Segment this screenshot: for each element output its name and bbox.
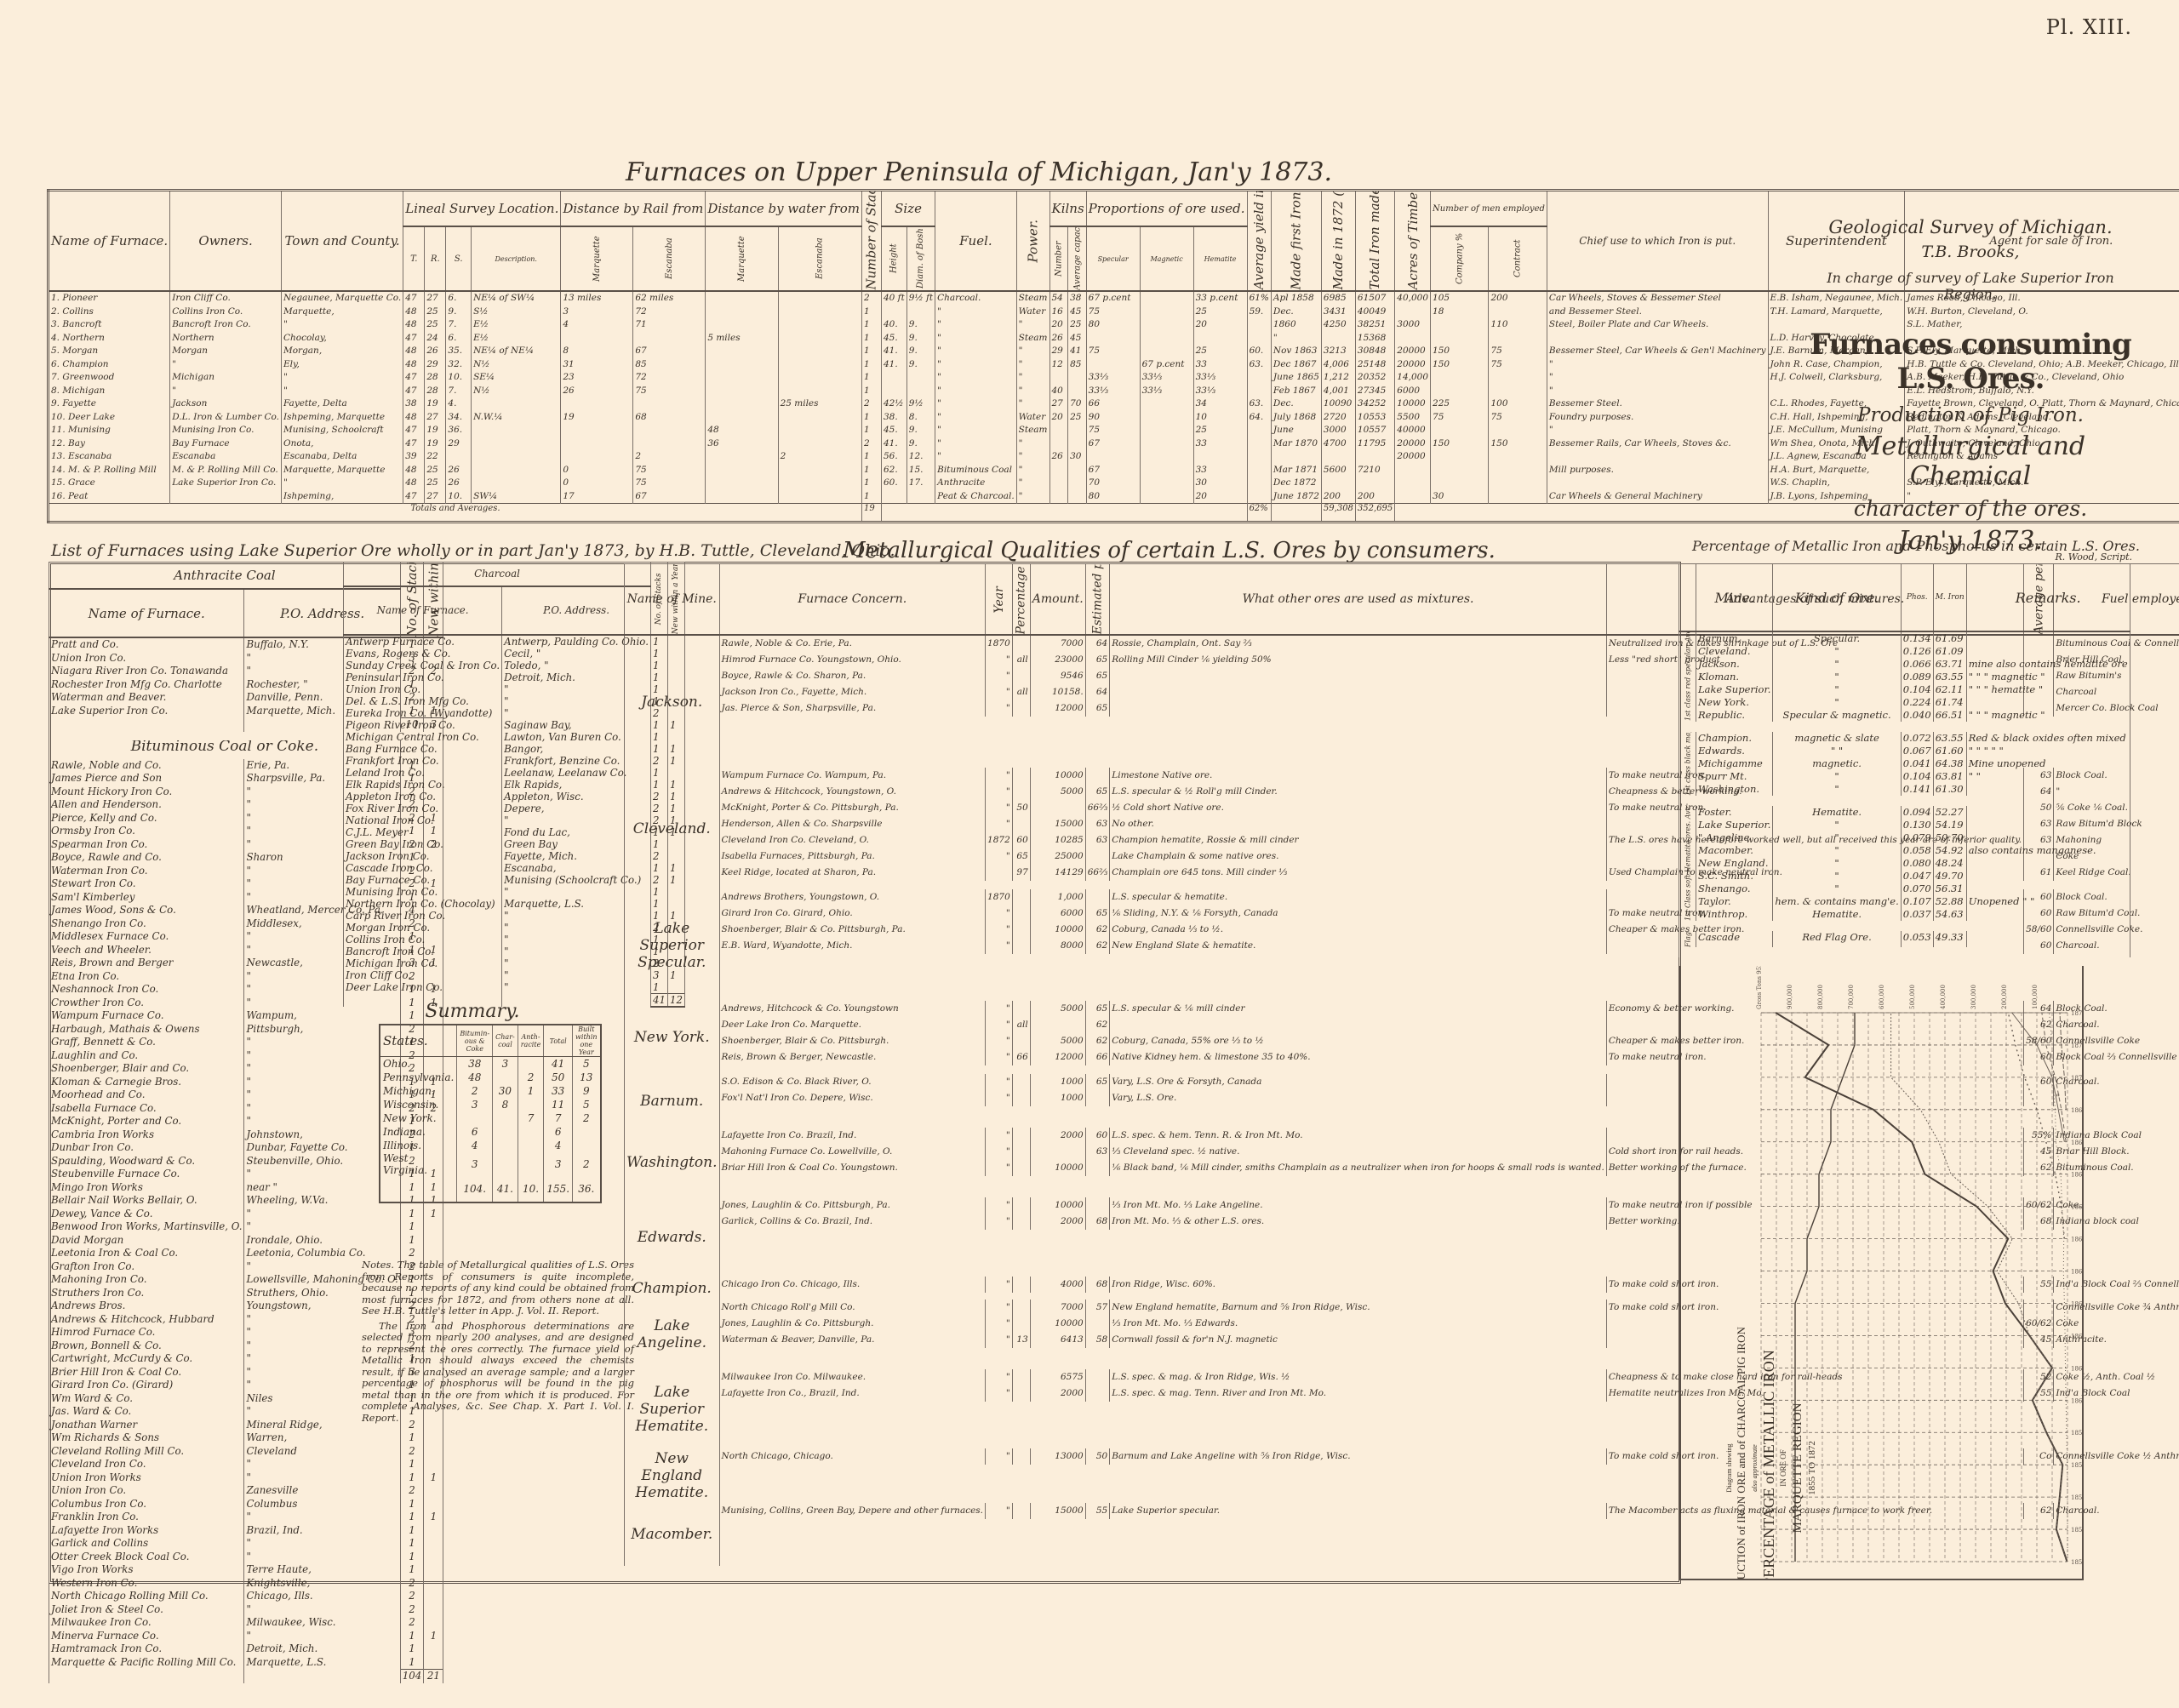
cell: Bituminous Coal	[935, 464, 1017, 477]
cell: 38	[1068, 291, 1087, 306]
cell: Andrews, Hitchcock & Co. Youngstown	[719, 1001, 986, 1017]
cell: Bancroft Iron Co.	[170, 318, 282, 332]
list-item: Milwaukee Iron Co.Milwaukee, Wisc.2	[49, 1616, 443, 1630]
cell: 10000	[1030, 1316, 1085, 1332]
cell	[1395, 306, 1431, 319]
ore-row: Shenango."0.07056.31	[1679, 883, 2130, 895]
cell: Leland Iron Co.	[344, 767, 502, 779]
cell: L.S. spec. & mag. & Iron Ridge, Wis. ½	[1110, 1369, 1607, 1385]
cell	[1085, 1090, 1110, 1106]
tick-label: Gross Tons 952,277	[1756, 966, 1763, 1009]
cell: Illinois.	[380, 1139, 457, 1152]
cell: Jackson.	[1696, 658, 1773, 671]
cell: Chicago, Ills.	[244, 1590, 400, 1603]
cell: "	[1016, 345, 1049, 358]
col-specular: Specular	[1086, 226, 1140, 291]
cell	[380, 1176, 457, 1202]
cell: Bessemer Steel, Car Wheels & Gen'l Machi…	[1547, 345, 1768, 358]
cell	[1193, 450, 1247, 464]
cell: 75	[633, 477, 706, 490]
cell	[778, 332, 861, 346]
cell: 25000	[1030, 848, 1085, 865]
cell: Reis, Brown & Berger, Newcastle.	[719, 1049, 986, 1065]
cell	[706, 450, 778, 464]
cell: 24	[425, 332, 446, 346]
cell: 1. Pioneer	[49, 291, 170, 306]
cell: 1872	[986, 832, 1013, 848]
cell: " "	[1773, 745, 1901, 757]
cell: "	[1773, 671, 1901, 683]
cell: Marquette, Marquette	[281, 464, 403, 477]
summary-row: Michigan.2301339	[380, 1084, 601, 1098]
cell	[493, 1071, 518, 1084]
cell: 10000	[1030, 922, 1085, 938]
cell: "	[1773, 870, 1901, 883]
tick-label: 700,000	[1848, 985, 1855, 1009]
cell: 0.053	[1901, 931, 1933, 947]
cell	[1012, 889, 1030, 905]
cell	[706, 358, 778, 372]
cell	[472, 464, 561, 477]
cell: "	[986, 1144, 1013, 1160]
cell: 5600	[1321, 464, 1355, 477]
cell	[1012, 700, 1030, 717]
cell: "	[935, 332, 1017, 346]
cell	[1012, 905, 1030, 922]
cell: SE¼	[472, 371, 561, 385]
cell	[1966, 931, 2130, 947]
cell: Spurr Mt.	[1696, 770, 1773, 783]
cell	[706, 464, 778, 477]
cell: 4700	[1321, 437, 1355, 451]
cell: 66.51	[1933, 709, 1966, 722]
cell: 27	[425, 490, 446, 504]
cell: "	[1773, 658, 1901, 671]
survey-charge: In charge of survey of Lake Superior Iro…	[1800, 270, 2141, 302]
cell: 1	[861, 450, 881, 464]
cell: 19	[425, 397, 446, 411]
chart-title: Diagram showingPRODUCTION of IRON ORE an…	[1725, 1327, 1817, 1579]
cell: "	[1773, 683, 1901, 696]
cell: North Chicago Roll'g Mill Co.	[719, 1300, 986, 1316]
cell: 5	[573, 1098, 601, 1111]
cell: Otter Creek Block Coal Co.	[49, 1551, 244, 1564]
cell: 34252	[1355, 397, 1394, 411]
cell: 10000	[1395, 397, 1431, 411]
cell	[1247, 424, 1271, 437]
cell: 65	[1085, 652, 1110, 668]
cell	[1012, 1300, 1030, 1316]
col-bosh: Diam. of Bosh	[906, 226, 935, 291]
list-item: Cleveland Iron Co."1	[49, 1458, 443, 1471]
cell	[1012, 1144, 1030, 1160]
cell: 1000	[1030, 1090, 1085, 1106]
cell: 1	[400, 1471, 424, 1485]
cell: McKnight, Porter and Co.	[49, 1115, 244, 1128]
cell: 1	[861, 306, 881, 319]
cell: Red & black oxides often mixed	[1966, 732, 2130, 745]
cell: 60	[1012, 832, 1030, 848]
cell: Iron Mt. Mo. ⅓ & other L.S. ores.	[1110, 1214, 1607, 1230]
cell: Dec.	[1271, 306, 1321, 319]
series-line	[1776, 1013, 2067, 1562]
cell: 28	[425, 385, 446, 398]
list-item: North Chicago Rolling Mill Co.Chicago, I…	[49, 1590, 443, 1603]
cell: 4	[561, 318, 633, 332]
cell: Limestone Native ore.	[1110, 768, 1607, 784]
cell: 40,000	[1395, 291, 1431, 306]
cell: 6.	[446, 291, 472, 306]
cell: Western Iron Co.	[49, 1577, 244, 1591]
col-stacks: Number of Stacks	[861, 191, 881, 292]
col-group-men: Number of men employed	[1431, 191, 1547, 227]
cell	[778, 358, 861, 372]
list-item: Union Iron Co.Zanesville2	[49, 1484, 443, 1498]
cell: Cleveland Iron Co.	[49, 1458, 244, 1471]
cell: 0.058	[1901, 844, 1933, 857]
cell: 75	[1431, 411, 1489, 425]
cell: Steam	[1016, 291, 1049, 306]
cell: 1	[861, 358, 881, 372]
cell: "	[986, 784, 1013, 800]
cell: Brazil, Ind.	[244, 1524, 400, 1538]
cell: Native Kidney hem. & limestone 35 to 40%…	[1110, 1049, 1607, 1065]
cell: Himrod Furnace Co.	[49, 1326, 244, 1340]
cell: Ohio.	[380, 1057, 457, 1071]
cell: Edwards.	[1696, 745, 1773, 757]
mine-name: New England Hematite.	[625, 1448, 720, 1503]
svg-text:PRODUCTION of IRON ORE and of: PRODUCTION of IRON ORE and of CHARCOAL P…	[1735, 1327, 1747, 1579]
cell	[1431, 332, 1489, 346]
cell: 66⅔	[1085, 800, 1110, 816]
cell: Lake Superior.	[1696, 819, 1773, 831]
cell: National Iron Co.	[344, 814, 502, 826]
cell: "	[986, 922, 1013, 938]
cell: Knightsville,	[244, 1577, 400, 1591]
totals-stacks: 19	[861, 504, 881, 523]
cell: 66	[1086, 397, 1140, 411]
cell: 27	[425, 411, 446, 425]
pct-col: Remarks.	[1966, 564, 2130, 632]
cell: "	[1547, 358, 1768, 372]
mine-name: Jackson.	[625, 635, 720, 768]
cell	[1966, 631, 2130, 645]
cell: 0.037	[1901, 908, 1933, 921]
cell: "	[935, 318, 1017, 332]
cell: 41.	[881, 358, 906, 372]
cell: Deer Lake Iron Co.	[344, 981, 502, 994]
cell: 61.30	[1933, 783, 1966, 796]
cell: 105	[1431, 291, 1489, 306]
cell	[424, 1563, 443, 1577]
cell: Ormsby Iron Co.	[49, 825, 244, 838]
cell: Neshannock Iron Co.	[49, 983, 244, 997]
cell: 62	[1085, 922, 1110, 938]
tick-label: 500,000	[1909, 985, 1916, 1009]
cell	[1140, 450, 1193, 464]
cell: "	[986, 1090, 1013, 1106]
cell: 0.047	[1901, 870, 1933, 883]
cell: 25148	[1355, 358, 1394, 372]
cell: Escanaba, Delta	[281, 450, 403, 464]
cell	[518, 1125, 544, 1139]
cell: "	[986, 768, 1013, 784]
cell: Vary, L.S. Ore & Forsyth, Canada	[1110, 1074, 1607, 1090]
cell: 61%	[1247, 291, 1271, 306]
cell: 63.55	[1933, 671, 1966, 683]
cell: 47	[403, 385, 425, 398]
cell	[1012, 635, 1030, 652]
ore-row: Winthrop.Hematite.0.03754.63	[1679, 908, 2130, 921]
cell: "	[1547, 371, 1768, 385]
cell: NE¼ of SW¼	[472, 291, 561, 306]
cell	[1085, 1197, 1110, 1214]
cell: 63.71	[1933, 658, 1966, 671]
cell	[1068, 424, 1087, 437]
cell: 9	[573, 1084, 601, 1098]
cell: Dewey, Vance & Co.	[49, 1208, 244, 1221]
svg-text:Diagram showing: Diagram showing	[1725, 1443, 1733, 1492]
cell: 1	[400, 1234, 424, 1248]
cell: "	[244, 1062, 400, 1076]
cell: "	[244, 1537, 400, 1551]
cell: 29	[446, 437, 472, 451]
cell: 67	[633, 345, 706, 358]
cell	[424, 1445, 443, 1459]
cell: 13	[573, 1071, 601, 1084]
cell: "	[1773, 857, 1901, 870]
cell	[1086, 450, 1140, 464]
cell: 2	[633, 450, 706, 464]
cell: 36	[706, 437, 778, 451]
cell: 10000	[1030, 1197, 1085, 1214]
cell: 48.24	[1933, 857, 1966, 870]
cell: 10090	[1321, 397, 1355, 411]
cell: 1000	[1030, 1074, 1085, 1090]
cell: 1	[861, 385, 881, 398]
cell	[1140, 332, 1193, 346]
year-label: 1862	[2071, 1333, 2082, 1340]
cell: 11795	[1355, 437, 1394, 451]
cell: 52.88	[1933, 895, 1966, 908]
cell: ⅓ Cleveland spec. ½ native.	[1110, 1144, 1607, 1160]
cell: 72	[633, 371, 706, 385]
cell: 64.	[1247, 411, 1271, 425]
cell: Andrews Bros.	[49, 1300, 244, 1313]
summary-col: Char-coal	[493, 1025, 518, 1057]
chart-plot: 1855185618571858185918601861186218631864…	[1680, 966, 2082, 1579]
cell: 45	[1068, 332, 1087, 346]
cell: "	[1773, 696, 1901, 709]
mine-name: Lake Superior Hematite.	[625, 1369, 720, 1448]
cell: "	[1271, 332, 1321, 346]
cell: 9546	[1030, 668, 1085, 684]
cell: 1	[861, 332, 881, 346]
cell: "	[986, 938, 1013, 954]
cell: Escanaba	[170, 450, 282, 464]
cell: 12.	[906, 450, 935, 464]
cell: 33	[1193, 358, 1247, 372]
cell: Harbaugh, Mathais & Owens	[49, 1023, 244, 1037]
cell: 80	[1086, 490, 1140, 504]
cell	[706, 318, 778, 332]
met-col: What other ores are used as mixtures.	[1110, 564, 1607, 636]
cell: 3431	[1321, 306, 1355, 319]
cell: "	[244, 1102, 400, 1116]
cell: Unopened " "	[1966, 895, 2130, 908]
cell	[518, 1139, 544, 1152]
cell	[706, 477, 778, 490]
cell: 22	[425, 450, 446, 464]
cell: 6413	[1030, 1332, 1085, 1348]
col-avg-yield: Average yield in furnace	[1247, 191, 1271, 292]
ore-row: Michigammemagnetic.0.04164.38Mine unopen…	[1679, 757, 2130, 770]
cell: 31	[561, 358, 633, 372]
cell: Feb 1867	[1271, 385, 1321, 398]
cell: "	[986, 1074, 1013, 1090]
cell: 62	[1085, 1033, 1110, 1049]
cell: "	[1547, 424, 1768, 437]
cell: ⅙ Black band, ⅙ Mill cinder, smiths Cham…	[1110, 1160, 1607, 1176]
cell: "	[986, 848, 1013, 865]
cell: 27345	[1355, 385, 1394, 398]
cell	[1321, 332, 1355, 346]
cell	[424, 1458, 443, 1471]
cell	[493, 1125, 518, 1139]
cell	[1012, 1090, 1030, 1106]
cell: all	[1012, 684, 1030, 700]
cell: 38	[403, 397, 425, 411]
cell: 1	[861, 464, 881, 477]
cell: 66⅔	[1085, 865, 1110, 881]
cell: Michigan.	[380, 1084, 457, 1098]
cell: 19	[561, 411, 633, 425]
cell: Lake Superior Iron Co.	[170, 477, 282, 490]
total-stacks: 104	[400, 1670, 424, 1683]
cell: all	[1012, 652, 1030, 668]
cell: Cambria Iron Works	[49, 1128, 244, 1142]
summary-col: States.	[380, 1025, 457, 1057]
cell: E.B. Ward, Wyandotte, Mich.	[719, 938, 986, 954]
iron-ore-production-chart: 1855185618571858185918601861186218631864…	[1679, 966, 2084, 1580]
cell: Andrews & Hitchcock, Youngstown, O.	[719, 784, 986, 800]
cell	[1012, 1448, 1030, 1465]
cell: 25	[425, 464, 446, 477]
cell	[472, 424, 561, 437]
cell: E½	[472, 318, 561, 332]
cell	[778, 385, 861, 398]
cell: Del. & L.S. Iron Mfg Co.	[344, 695, 502, 707]
cell	[706, 411, 778, 425]
cell: 26	[561, 385, 633, 398]
met-col: Name of Mine.	[625, 564, 720, 636]
cell: 80	[1086, 318, 1140, 332]
cell	[561, 332, 633, 346]
cell: " "	[1966, 770, 2130, 783]
cell: "	[986, 1369, 1013, 1385]
cell: "	[1016, 397, 1049, 411]
cell	[424, 1524, 443, 1538]
cell: 58	[1085, 1332, 1110, 1348]
cell: "	[935, 411, 1017, 425]
year-label: 1857	[2071, 1494, 2082, 1501]
cell: Waterman and Beaver.	[49, 691, 244, 705]
year-label: 1866	[2071, 1204, 2082, 1211]
cell	[1966, 831, 2130, 844]
cell: 9.	[906, 332, 935, 346]
cell: Steam	[1016, 332, 1049, 346]
percentage-title: Percentage of Metallic Iron and Phosphor…	[1692, 538, 2140, 554]
cell	[1489, 332, 1547, 346]
cell: Union Iron Co.	[49, 1484, 244, 1498]
cell: 30	[1431, 490, 1489, 504]
cell: "	[986, 1316, 1013, 1332]
cell: 36.	[573, 1176, 601, 1202]
cell: 1	[400, 1537, 424, 1551]
cell: 62	[1085, 1017, 1110, 1033]
cell: 25	[1193, 345, 1247, 358]
cell	[633, 437, 706, 451]
cell: 59.	[1247, 306, 1271, 319]
cell: 63.81	[1933, 770, 1966, 783]
cell: Michigan	[170, 371, 282, 385]
cell: 20000	[1395, 358, 1431, 372]
cell: "	[244, 1471, 400, 1485]
cell	[472, 437, 561, 451]
cell: " " " magnetic "	[1966, 709, 2130, 722]
cell: Rawle, Noble & Co. Erie, Pa.	[719, 635, 986, 652]
cell	[778, 490, 861, 504]
cell: 0	[561, 477, 633, 490]
cell: Chocolay,	[281, 332, 403, 346]
cell	[1030, 1144, 1085, 1160]
cell: 2000	[1030, 1214, 1085, 1230]
cell: " Angeline	[1696, 831, 1773, 844]
year-label: 1860	[2071, 1397, 2082, 1404]
cell: all	[1012, 1017, 1030, 1033]
cell: Niagara River Iron Co. Tonawanda	[49, 665, 244, 678]
cell: June	[1271, 424, 1321, 437]
cell: Foundry purposes.	[1547, 411, 1768, 425]
cell: Crowther Iron Co.	[49, 997, 244, 1010]
cell: Fayette, Delta	[281, 397, 403, 411]
cell: 65	[1085, 1074, 1110, 1090]
cell: 4,006	[1321, 358, 1355, 372]
plate-character: character of the ores.	[1800, 496, 2141, 521]
cell: 41.	[881, 437, 906, 451]
cell	[1110, 700, 1607, 717]
list-item: Minerva Furnace Co."11	[49, 1630, 443, 1643]
cell: Iron Cliff Co.	[344, 969, 502, 981]
ore-row: Washington."0.14161.30	[1679, 783, 2130, 796]
cell: Joliet Iron & Steel Co.	[49, 1603, 244, 1617]
cell: Onota,	[281, 437, 403, 451]
cell: E½	[472, 332, 561, 346]
cell: 6000	[1395, 385, 1431, 398]
cell: 38251	[1355, 318, 1394, 332]
cell: 62.11	[1933, 683, 1966, 696]
cell: Marquette & Pacific Rolling Mill Co.	[49, 1656, 244, 1670]
series-line	[1891, 1013, 2067, 1562]
cell: Henderson, Allen & Co. Sharpsville	[719, 816, 986, 832]
cell: "	[935, 345, 1017, 358]
cell: 16. Peat	[49, 490, 170, 504]
col-group-proportions: Proportions of ore used.	[1086, 191, 1247, 227]
cell: 1	[861, 371, 881, 385]
cell: 2000	[1030, 1128, 1085, 1144]
cell	[1012, 1128, 1030, 1144]
list-item: Vigo Iron WorksTerre Haute,1	[49, 1563, 443, 1577]
